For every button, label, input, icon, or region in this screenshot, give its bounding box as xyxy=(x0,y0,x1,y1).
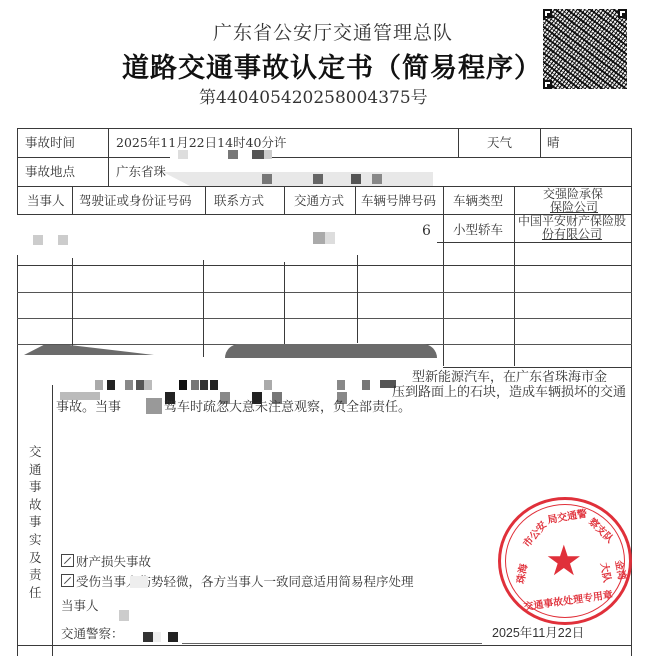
weather-value: 晴 xyxy=(547,137,560,150)
police-label: 交通警察： xyxy=(61,628,124,641)
checkbox-minor-injury[interactable]: 受伤当事人伤势轻微，各方当事人一致同意适用简易程序处理 xyxy=(61,574,414,589)
facts-label-text: 交通事故事实及责任 xyxy=(29,443,42,601)
checkbox-icon[interactable] xyxy=(61,554,74,567)
facts-line-3-suffix: 驾车时疏忽大意未注意观察，负全部责任。 xyxy=(164,401,411,414)
accident-time-label: 事故时间 xyxy=(25,137,75,150)
column-vehicle-type: 车辆类型 xyxy=(453,195,503,208)
insurer-line1: 中国平安财产保险股 xyxy=(518,215,626,227)
checkbox-property-loss-label: 财产损失事故 xyxy=(76,554,151,569)
column-contact: 联系方式 xyxy=(214,195,264,208)
star-icon: ★ xyxy=(545,540,583,582)
weather-label: 天气 xyxy=(487,137,512,150)
official-seal: ★ 珠海 市公安 局交通警 察支队 金湾大队 交通事故处理专用章 xyxy=(498,497,632,625)
column-insurer-line2: 保险公司 xyxy=(550,201,598,213)
checkbox-icon[interactable] xyxy=(61,574,74,587)
column-plate-number: 车辆号牌号码 xyxy=(361,195,436,208)
document-number: 第4404054202580043​75号 xyxy=(199,90,428,107)
column-party: 当事人 xyxy=(27,195,65,208)
accident-location-label: 事故地点 xyxy=(25,166,75,179)
accident-location-value: 广东省珠 xyxy=(116,166,166,179)
checkbox-property-loss[interactable]: 财产损失事故 xyxy=(61,554,151,569)
issuing-organization: 广东省公安厅交通管理总队 xyxy=(213,24,453,43)
party-signature-label: 当事人 xyxy=(61,600,99,613)
qr-code-icon xyxy=(543,9,627,89)
facts-line-2: 压到路面上的石块，造成车辆损坏的交通 xyxy=(392,386,626,399)
facts-line-3-prefix: 事故。当事 xyxy=(56,401,121,414)
signature-date: 2025年11月22日 xyxy=(492,627,584,640)
facts-line-1: 型新能源汽车，在广东省珠海市金 xyxy=(412,371,607,384)
column-transport: 交通方式 xyxy=(294,195,344,208)
column-insurer-line1: 交强险承保 xyxy=(543,188,603,200)
checkbox-minor-injury-label: 受伤当事人伤势轻微，各方当事人一致同意适用简易程序处理 xyxy=(76,574,414,589)
plate-number-suffix: 6 xyxy=(422,224,431,238)
vehicle-type-value: 小型轿车 xyxy=(453,224,503,237)
document-title: 道路交通事故认定书（简易程序） xyxy=(122,55,542,82)
insurer-line2: 份有限公司 xyxy=(542,228,602,240)
column-id-number: 驾驶证或身份证号码 xyxy=(79,195,192,208)
party-signature-redacted xyxy=(119,610,129,621)
